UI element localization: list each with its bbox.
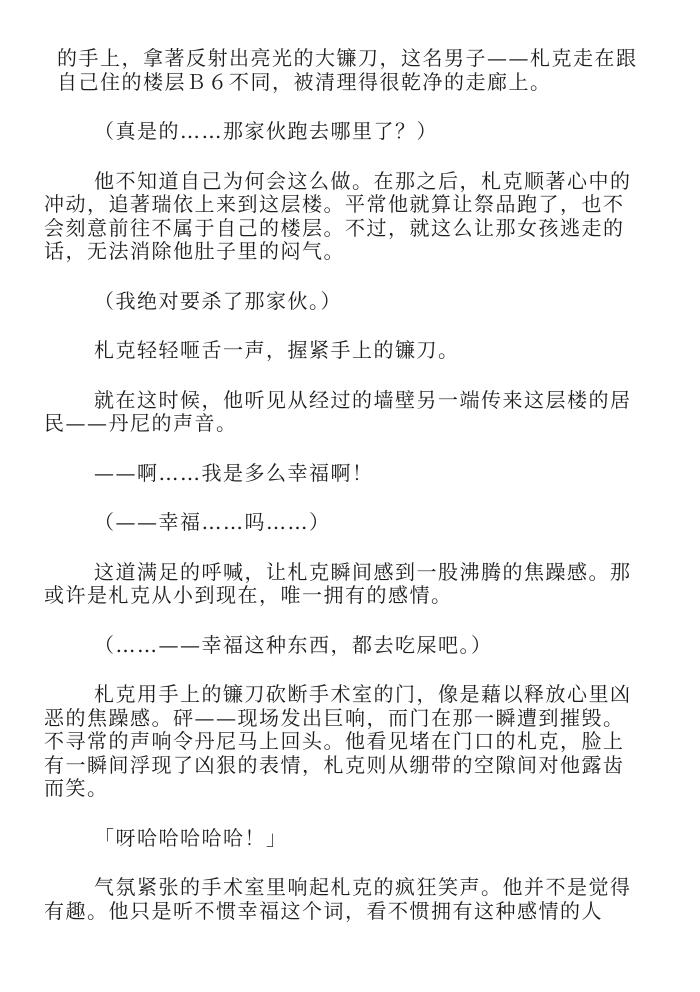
- text-line: 话，无法消除他肚子里的闷气。: [44, 240, 674, 264]
- paragraph: 札克轻轻咂舌一声，握紧手上的镰刀。: [44, 339, 674, 363]
- paragraph: （——幸福……吗……）: [44, 511, 674, 535]
- text-line: （……——幸福这种东西，都去吃屎吧。）: [44, 634, 674, 658]
- text-line: 气氛紧张的手术室里响起札克的疯狂笑声。他并不是觉得: [44, 876, 674, 900]
- text-line: 自己住的楼层Ｂ６不同，被清理得很乾净的走廊上。: [44, 71, 674, 95]
- text-line: 民——丹尼的声音。: [44, 412, 674, 436]
- text-line: （——幸福……吗……）: [44, 511, 674, 535]
- text-line: 就在这时候，他听见从经过的墙壁另一端传来这层楼的居: [44, 389, 674, 413]
- paragraph: 「呀哈哈哈哈哈！」: [44, 827, 674, 851]
- paragraph: 的手上，拿著反射出亮光的大镰刀，这名男子——札克走在跟自己住的楼层Ｂ６不同，被清…: [44, 47, 674, 94]
- paragraph: （……——幸福这种东西，都去吃屎吧。）: [44, 634, 674, 658]
- text-line: （我绝对要杀了那家伙。）: [44, 290, 674, 314]
- paragraph: 就在这时候，他听见从经过的墙壁另一端传来这层楼的居民——丹尼的声音。: [44, 389, 674, 436]
- text-line: 札克轻轻咂舌一声，握紧手上的镰刀。: [44, 339, 674, 363]
- text-line: 札克用手上的镰刀砍断手术室的门，像是藉以释放心里凶: [44, 683, 674, 707]
- text-line: 有趣。他只是听不惯幸福这个词，看不惯拥有这种感情的人: [44, 900, 674, 924]
- text-line: （真是的……那家伙跑去哪里了？）: [44, 120, 674, 144]
- paragraph: ——啊……我是多么幸福啊！: [44, 462, 674, 486]
- text-line: ——啊……我是多么幸福啊！: [44, 462, 674, 486]
- paragraph: （真是的……那家伙跑去哪里了？）: [44, 120, 674, 144]
- text-line: 他不知道自己为何会这么做。在那之后，札克顺著心中的: [44, 170, 674, 194]
- text-line: 恶的焦躁感。砰——现场发出巨响，而门在那一瞬遭到摧毁。: [44, 707, 674, 731]
- paragraph: 札克用手上的镰刀砍断手术室的门，像是藉以释放心里凶恶的焦躁感。砰——现场发出巨响…: [44, 683, 674, 801]
- page-text: 的手上，拿著反射出亮光的大镰刀，这名男子——札克走在跟自己住的楼层Ｂ６不同，被清…: [44, 47, 674, 923]
- paragraph: 气氛紧张的手术室里响起札克的疯狂笑声。他并不是觉得有趣。他只是听不惯幸福这个词，…: [44, 876, 674, 923]
- paragraph: （我绝对要杀了那家伙。）: [44, 290, 674, 314]
- text-line: 这道满足的呼喊，让札克瞬间感到一股沸腾的焦躁感。那: [44, 561, 674, 585]
- text-line: 冲动，追著瑞依上来到这层楼。平常他就算让祭品跑了，也不: [44, 193, 674, 217]
- text-line: 不寻常的声响令丹尼马上回头。他看见堵在门口的札克，脸上: [44, 730, 674, 754]
- text-line: 或许是札克从小到现在，唯一拥有的感情。: [44, 584, 674, 608]
- text-line: 会刻意前往不属于自己的楼层。不过，就这么让那女孩逃走的: [44, 217, 674, 241]
- text-line: 「呀哈哈哈哈哈！」: [44, 827, 674, 851]
- text-line: 而笑。: [44, 777, 674, 801]
- paragraph: 这道满足的呼喊，让札克瞬间感到一股沸腾的焦躁感。那或许是札克从小到现在，唯一拥有…: [44, 561, 674, 608]
- text-line: 的手上，拿著反射出亮光的大镰刀，这名男子——札克走在跟: [44, 47, 674, 71]
- document-page: 的手上，拿著反射出亮光的大镰刀，这名男子——札克走在跟自己住的楼层Ｂ６不同，被清…: [0, 0, 700, 992]
- text-line: 有一瞬间浮现了凶狠的表情，札克则从绷带的空隙间对他露齿: [44, 754, 674, 778]
- paragraph: 他不知道自己为何会这么做。在那之后，札克顺著心中的冲动，追著瑞依上来到这层楼。平…: [44, 170, 674, 264]
